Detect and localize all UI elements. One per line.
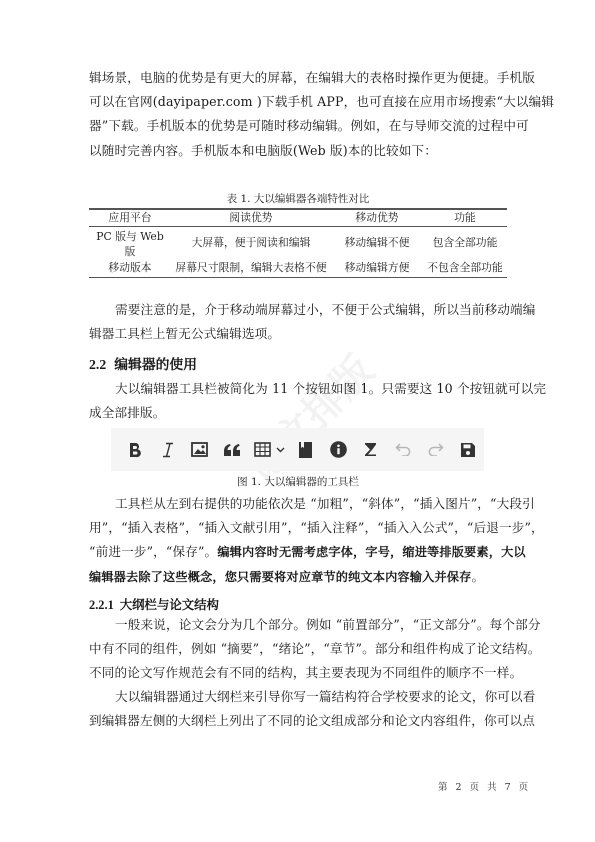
quote-icon xyxy=(224,444,240,456)
section-title: 大纲栏与论文结构 xyxy=(120,597,219,612)
text-line: 一般来说，论文会分为几个部分。例如 “前置部分”，“正文部分”。每个部分 xyxy=(89,613,507,637)
editor-toolbar-figure xyxy=(111,428,484,471)
text-line: 成全部排版。 xyxy=(89,401,507,425)
table-row: PC 版与 Web 版 大屏幕，便于阅读和编辑 移动编辑不便 包含全部功能 xyxy=(89,227,507,260)
section-2-2-1-paragraph-2: 大以编辑器通过大纲栏来引导你写一篇结构符合学校要求的论文，你可以看 到编辑器左侧… xyxy=(89,685,507,733)
figure-caption: 图 1. 大以编辑器的工具栏 xyxy=(89,474,507,489)
note-paragraph: 需要注意的是，介于移动端屏幕过小，不便于公式编辑，所以当前移动端编 辑器工具栏上… xyxy=(89,298,507,346)
info-icon xyxy=(330,441,347,458)
text-span: 一般来说，论文会分为几个部分。例如 “前置部分”，“正文部分”。每个部分 xyxy=(115,617,541,632)
text-span: 大以编辑器通过大纲栏来引导你写一篇结构符合学校要求的论文，你可以看 xyxy=(115,689,536,704)
header-reading: 阅读优势 xyxy=(171,209,331,227)
header-mobility: 移动优势 xyxy=(331,209,423,227)
cell-features: 不包含全部功能 xyxy=(423,259,507,278)
cell-platform-line2: 版 xyxy=(125,245,136,258)
text-line: 大以编辑器工具栏被简化为 11 个按钮如图 1。只需要这 10 个按钮就可以完 xyxy=(89,377,507,401)
cell-reading: 屏幕尺寸限制，编辑大表格不便 xyxy=(171,259,331,278)
text-line: 中有不同的组件，例如 “摘要”，“绪论”，“章节”。部分和组件构成了论文结构。 xyxy=(89,637,507,661)
page-footer: 第 2 页 共 7 页 xyxy=(438,779,531,793)
text-line: 工具栏从左到右提供的功能依次是 “加粗”，“斜体”，“插入图片”，“大段引 xyxy=(89,492,507,516)
toolbar-button-save[interactable] xyxy=(452,438,484,462)
text-span: 大以编辑器工具栏被简化为 11 个按钮如图 1。只需要这 10 个按钮就可以完 xyxy=(115,381,546,396)
chevron-down-icon xyxy=(276,447,285,453)
document-page: 论文排版 辑场景，电脑的优势是有更大的屏幕，在编辑大的表格时操作更为便捷。手机版… xyxy=(0,0,595,842)
text-line: 以随时完善内容。手机版本和电脑版(Web 版)本的比较如下： xyxy=(89,139,507,163)
toolbar-button-italic[interactable] xyxy=(151,438,183,462)
text-span: “前进一步”，“保存”。 xyxy=(89,544,217,559)
header-platform: 应用平台 xyxy=(89,209,171,227)
text-line: 辑场景，电脑的优势是有更大的屏幕，在编辑大的表格时操作更为便捷。手机版 xyxy=(89,66,507,90)
cell-platform-line1: PC 版与 Web xyxy=(96,230,164,243)
text-line: 不同的论文写作规范会有不同的结构，其主要表现为不同组件的顺序不一样。 xyxy=(89,661,507,685)
image-icon xyxy=(191,442,208,457)
cell-features: 包含全部功能 xyxy=(423,227,507,260)
toolbar-button-insert-image[interactable] xyxy=(184,438,216,462)
sigma-icon xyxy=(364,442,377,457)
table-icon xyxy=(254,442,271,457)
save-icon xyxy=(460,442,476,458)
bold-icon xyxy=(128,442,142,458)
toolbar-button-insert-citation[interactable] xyxy=(290,438,322,462)
emphasis-text: 编辑器去除了这些概念，您只需要将对应章节的纯文本内容输入并保存 xyxy=(89,570,471,584)
cell-platform: PC 版与 Web 版 xyxy=(89,227,171,260)
text-line: 可以在官网(dayipaper.com )下载手机 APP，也可直接在应用市场搜… xyxy=(89,90,507,114)
intro-paragraph: 辑场景，电脑的优势是有更大的屏幕，在编辑大的表格时操作更为便捷。手机版 可以在官… xyxy=(89,66,507,163)
text-line: 大以编辑器通过大纲栏来引导你写一篇结构符合学校要求的论文，你可以看 xyxy=(89,685,507,709)
section-number: 2.2 xyxy=(89,357,106,372)
table-caption: 表 1. 大以编辑器各端特性对比 xyxy=(89,191,507,206)
text-line: 辑器工具栏上暂无公式编辑选项。 xyxy=(89,322,507,346)
text-span: 。 xyxy=(471,569,484,584)
section-title: 编辑器的使用 xyxy=(114,357,197,373)
undo-icon xyxy=(395,443,412,456)
section-2-2-intro: 大以编辑器工具栏被简化为 11 个按钮如图 1。只需要这 10 个按钮就可以完 … xyxy=(89,377,507,425)
toolbar-button-blockquote[interactable] xyxy=(216,438,248,462)
text-span: 需要注意的是，介于移动端屏幕过小，不便于公式编辑，所以当前移动端编 xyxy=(115,302,536,317)
text-line: 编辑器去除了这些概念，您只需要将对应章节的纯文本内容输入并保存。 xyxy=(89,565,507,589)
toolbar-button-insert-note[interactable] xyxy=(322,438,354,462)
comparison-table: 应用平台 阅读优势 移动优势 功能 PC 版与 Web 版 大屏幕，便于阅读和编… xyxy=(89,208,507,278)
section-number: 2.2.1 xyxy=(89,598,114,612)
toolbar-button-bold[interactable] xyxy=(119,438,151,462)
text-line: 到编辑器左侧的大纲栏上列出了不同的论文组成部分和论文内容组件，你可以点 xyxy=(89,709,507,733)
cell-mobility: 移动编辑不便 xyxy=(331,227,423,260)
emphasis-text: 编辑内容时无需考虑字体，字号，缩进等排版要素，大以 xyxy=(217,545,525,559)
toolbar-description-paragraph: 工具栏从左到右提供的功能依次是 “加粗”，“斜体”，“插入图片”，“大段引 用”… xyxy=(89,492,507,589)
redo-icon xyxy=(427,443,444,456)
cell-platform: 移动版本 xyxy=(89,259,171,278)
text-line: “前进一步”，“保存”。编辑内容时无需考虑字体，字号，缩进等排版要素，大以 xyxy=(89,540,507,564)
cell-mobility: 移动编辑方便 xyxy=(331,259,423,278)
text-line: 器”下载。手机版本的优势是可随时移动编辑。例如，在与导师交流的过程中可 xyxy=(89,114,507,138)
cell-reading: 大屏幕，便于阅读和编辑 xyxy=(171,227,331,260)
section-2-2-1-paragraph-1: 一般来说，论文会分为几个部分。例如 “前置部分”，“正文部分”。每个部分 中有不… xyxy=(89,613,507,686)
text-line: 用”，“插入表格”，“插入文献引用”，“插入注释”，“插入入公式”，“后退一步”… xyxy=(89,516,507,540)
toolbar-button-undo[interactable] xyxy=(387,438,419,462)
header-features: 功能 xyxy=(423,209,507,227)
toolbar-button-redo[interactable] xyxy=(419,438,451,462)
section-heading-2-2-1: 2.2.1大纲栏与论文结构 xyxy=(89,595,219,613)
table-header-row: 应用平台 阅读优势 移动优势 功能 xyxy=(89,209,507,227)
table-row: 移动版本 屏幕尺寸限制，编辑大表格不便 移动编辑方便 不包含全部功能 xyxy=(89,259,507,278)
toolbar-button-insert-formula[interactable] xyxy=(354,438,386,462)
text-span: 工具栏从左到右提供的功能依次是 “加粗”，“斜体”，“插入图片”，“大段引 xyxy=(115,496,535,511)
toolbar-button-insert-table[interactable] xyxy=(249,438,290,462)
section-heading-2-2: 2.2编辑器的使用 xyxy=(89,353,197,373)
book-icon xyxy=(299,442,312,458)
italic-icon xyxy=(162,442,174,458)
text-line: 需要注意的是，介于移动端屏幕过小，不便于公式编辑，所以当前移动端编 xyxy=(89,298,507,322)
